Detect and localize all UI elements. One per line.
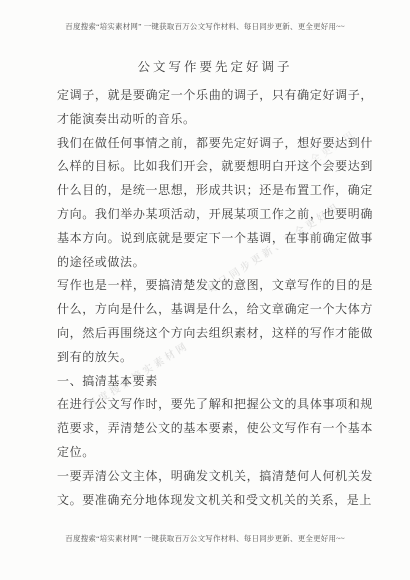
header-promo-note: 百度搜索“培实素材网” 一键获取百万公文写作材料、每日同步更新、更全更好用~~ xyxy=(0,21,410,32)
paragraph: 在进行公文写作时，要先了解和把握公文的具体事项和规范要求，弄清楚公文的基本要素，… xyxy=(57,393,373,464)
paragraph: 一要弄清公文主体，明确发文机关，搞清楚何人何机关发文。要准确充分地体现发文机关和… xyxy=(57,465,373,513)
paragraph: 写作也是一样，要搞清楚发文的意图，文章写作的目的是什么，方向是什么，基调是什么，… xyxy=(57,274,373,369)
document-title: 公文写作要先定好调子 xyxy=(57,57,373,75)
paragraph: 定调子，就是要确定一个乐曲的调子，只有确定好调子，才能演奏出动听的音乐。 xyxy=(57,84,373,132)
paragraph: 我们在做任何事情之前，都要先定好调子，想好要达到什么样的目标。比如我们开会，就要… xyxy=(57,132,373,275)
section-heading: 一、搞清基本要素 xyxy=(57,370,373,394)
document-page: 百度搜索“培实素材网” 一键获取百万公文写作材料、每日同步更新、更全更好用~~ … xyxy=(0,0,410,580)
footer-promo-note: 百度搜索“培实素材网” 一键获取百万公文写作材料、每日同步更新、更全更好用~~ xyxy=(0,533,410,544)
document-body: 定调子，就是要确定一个乐曲的调子，只有确定好调子，才能演奏出动听的音乐。 我们在… xyxy=(57,84,373,512)
